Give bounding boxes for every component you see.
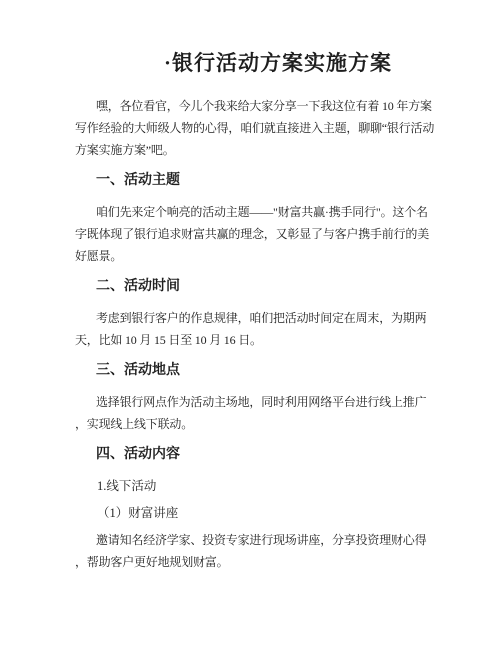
paragraph-line: 选择银行网点作为活动主场地，同时利用网络平台进行线上推广	[75, 391, 425, 413]
theme-paragraph: 咱们先来定个响亮的活动主题——"财富共赢·携手同行"。这个名 字既体现了银行追求…	[75, 201, 425, 267]
time-paragraph: 考虑到银行客户的作息规律，咱们把活动时间定在周末，为期两 天，比如 10 月 1…	[75, 307, 425, 351]
paragraph-line: 写作经验的大师级人物的心得，咱们就直接进入主题，聊聊“银行活动	[75, 117, 425, 139]
document-page: ·银行活动方案实施方案 嘿，各位看官，今儿个我来给大家分享一下我这位有着 10 …	[0, 0, 500, 647]
paragraph-line: 字既体现了银行追求财富共赢的理念，又彰显了与客户携手前行的美	[75, 223, 425, 245]
location-paragraph: 选择银行网点作为活动主场地，同时利用网络平台进行线上推广 ，实现线上线下联动。	[75, 391, 425, 435]
paragraph-line: 方案实施方案”吧。	[75, 139, 425, 161]
paragraph-line: ，实现线上线下联动。	[75, 413, 425, 435]
paragraph-line: 好愿景。	[75, 245, 425, 267]
paragraph-line: 咱们先来定个响亮的活动主题——"财富共赢·携手同行"。这个名	[75, 201, 425, 223]
paragraph-line: 考虑到银行客户的作息规律，咱们把活动时间定在周末，为期两	[75, 307, 425, 329]
section-heading-4: 四、活动内容	[75, 444, 425, 466]
section-heading-1: 一、活动主题	[75, 170, 425, 192]
paragraph-line: ，帮助客户更好地规划财富。	[75, 551, 425, 573]
paragraph-line: 邀请知名经济学家、投资专家进行现场讲座，分享投资理财心得	[75, 529, 425, 551]
lecture-paragraph: 邀请知名经济学家、投资专家进行现场讲座，分享投资理财心得 ，帮助客户更好地规划财…	[75, 529, 425, 573]
section-heading-3: 三、活动地点	[75, 360, 425, 382]
paragraph-line: 嘿，各位看官，今儿个我来给大家分享一下我这位有着 10 年方案	[75, 95, 425, 117]
paragraph-line: 天，比如 10 月 15 日至 10 月 16 日。	[75, 329, 425, 351]
doc-title: ·银行活动方案实施方案	[103, 48, 453, 78]
intro-paragraph: 嘿，各位看官，今儿个我来给大家分享一下我这位有着 10 年方案 写作经验的大师级…	[75, 95, 425, 161]
subitem-offline-activity: 1.线下活动	[75, 475, 425, 497]
section-heading-2: 二、活动时间	[75, 276, 425, 298]
subitem-wealth-lecture: （1）财富讲座	[75, 502, 425, 524]
